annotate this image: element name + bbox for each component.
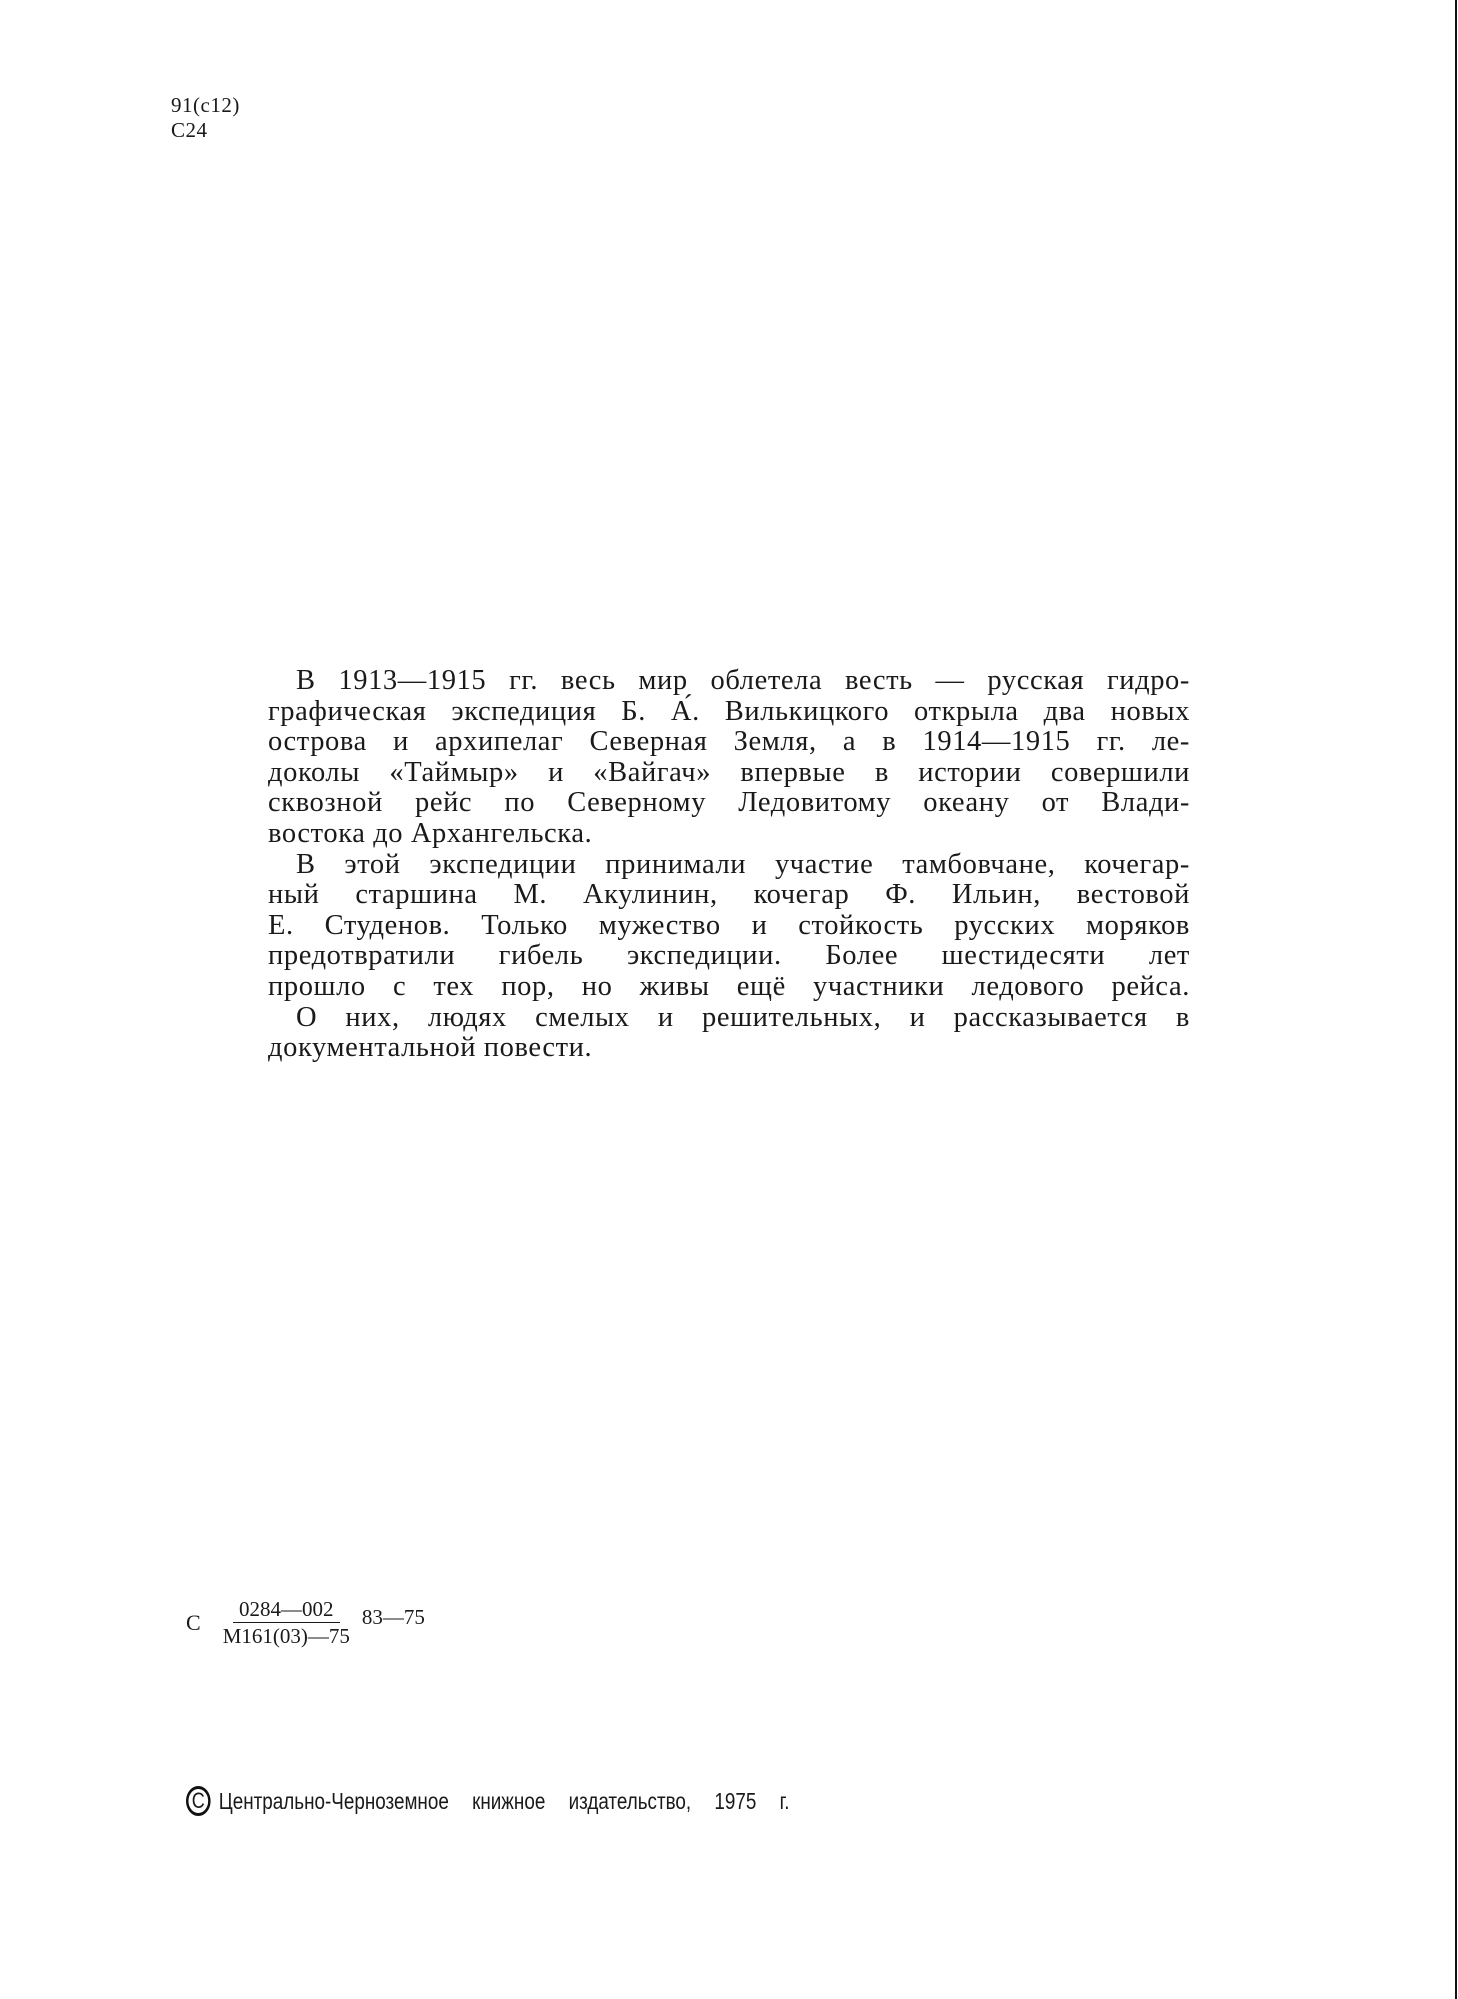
copyright-icon: C	[186, 1786, 211, 1816]
copyright-text: Центрально-Черноземное книжное издательс…	[219, 1788, 790, 1815]
annotation-line: графическая экспедиция Б. А́. Вилькицког…	[268, 697, 1190, 728]
bbk-index: 91(c12)	[171, 93, 240, 118]
annotation-line: доколы «Таймыр» и «Вайгач» впервые в ист…	[268, 758, 1190, 789]
index-suffix: 83—75	[362, 1605, 425, 1630]
annotation-line: востока до Архангельска.	[268, 819, 1190, 850]
annotation-line: В этой экспедиции принимали участие тамб…	[268, 850, 1190, 881]
publication-index-code: С 0284—002 М161(03)—75 83—75	[186, 1597, 425, 1648]
annotation-line: О них, людях смелых и решительных, и рас…	[268, 1003, 1190, 1034]
annotation-line: острова и архипелаг Северная Земля, а в …	[268, 727, 1190, 758]
book-annotation: В 1913—1915 гг. весь мир облетела весть …	[268, 666, 1190, 1064]
index-numerator: 0284—002	[233, 1597, 340, 1623]
annotation-line: Е. Студенов. Только мужество и стойкость…	[268, 911, 1190, 942]
annotation-line: прошло с тех пор, но живы ещё участники …	[268, 972, 1190, 1003]
index-letter: С	[186, 1610, 201, 1636]
annotation-line: сквозной рейс по Северному Ледовитому ок…	[268, 788, 1190, 819]
page-edge-line	[1455, 0, 1457, 1999]
author-mark: C24	[171, 118, 240, 143]
index-fraction: 0284—002 М161(03)—75	[217, 1597, 356, 1648]
annotation-line: предотвратили гибель экспедиции. Более ш…	[268, 941, 1190, 972]
copyright-notice: C Центрально-Черноземное книжное издател…	[186, 1786, 789, 1816]
library-classification: 91(c12) C24	[171, 93, 240, 143]
annotation-line: документальной повести.	[268, 1033, 1190, 1064]
annotation-line: ный старшина М. Акулинин, кочегар Ф. Иль…	[268, 880, 1190, 911]
index-denominator: М161(03)—75	[217, 1623, 356, 1648]
annotation-line: В 1913—1915 гг. весь мир облетела весть …	[268, 666, 1190, 697]
